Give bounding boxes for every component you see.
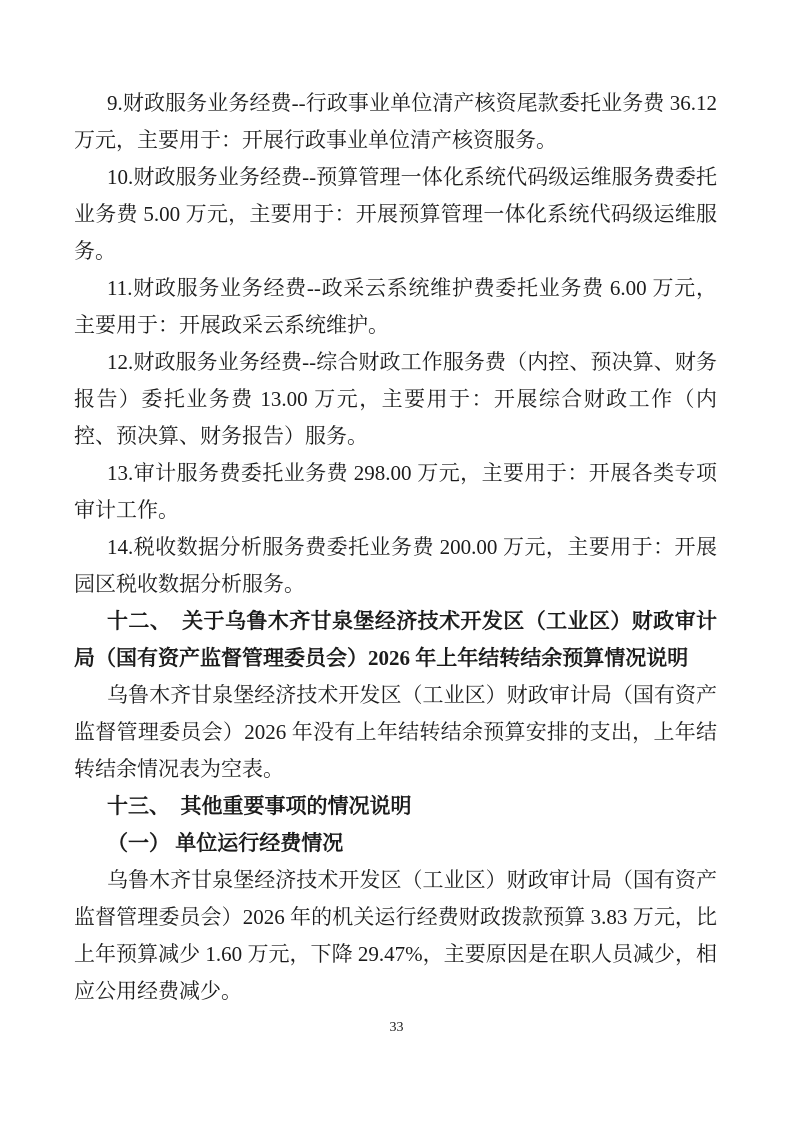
- subsection-1-heading: （一） 单位运行经费情况: [74, 825, 717, 862]
- document-body: 9.财政服务业务经费--行政事业单位清产核资尾款委托业务费 36.12 万元，主…: [74, 85, 717, 1010]
- expense-item-13: 13.审计服务费委托业务费 298.00 万元，主要用于：开展各类专项审计工作。: [74, 455, 717, 529]
- page-number: 33: [0, 1019, 793, 1037]
- document-page: 9.财政服务业务经费--行政事业单位清产核资尾款委托业务费 36.12 万元，主…: [0, 0, 793, 1122]
- section-13-heading: 十三、 其他重要事项的情况说明: [74, 788, 717, 825]
- expense-item-10: 10.财政服务业务经费--预算管理一体化系统代码级运维服务费委托业务费 5.00…: [74, 159, 717, 270]
- expense-item-9: 9.财政服务业务经费--行政事业单位清产核资尾款委托业务费 36.12 万元，主…: [74, 85, 717, 159]
- expense-item-11: 11.财政服务业务经费--政采云系统维护费委托业务费 6.00 万元，主要用于：…: [74, 270, 717, 344]
- expense-item-12: 12.财政服务业务经费--综合财政工作服务费（内控、预决算、财务报告）委托业务费…: [74, 344, 717, 455]
- section-12-paragraph: 乌鲁木齐甘泉堡经济技术开发区（工业区）财政审计局（国有资产监督管理委员会）202…: [74, 677, 717, 788]
- subsection-1-paragraph: 乌鲁木齐甘泉堡经济技术开发区（工业区）财政审计局（国有资产监督管理委员会）202…: [74, 862, 717, 1010]
- expense-item-14: 14.税收数据分析服务费委托业务费 200.00 万元，主要用于：开展园区税收数…: [74, 529, 717, 603]
- section-12-heading: 十二、 关于乌鲁木齐甘泉堡经济技术开发区（工业区）财政审计局（国有资产监督管理委…: [74, 603, 717, 677]
